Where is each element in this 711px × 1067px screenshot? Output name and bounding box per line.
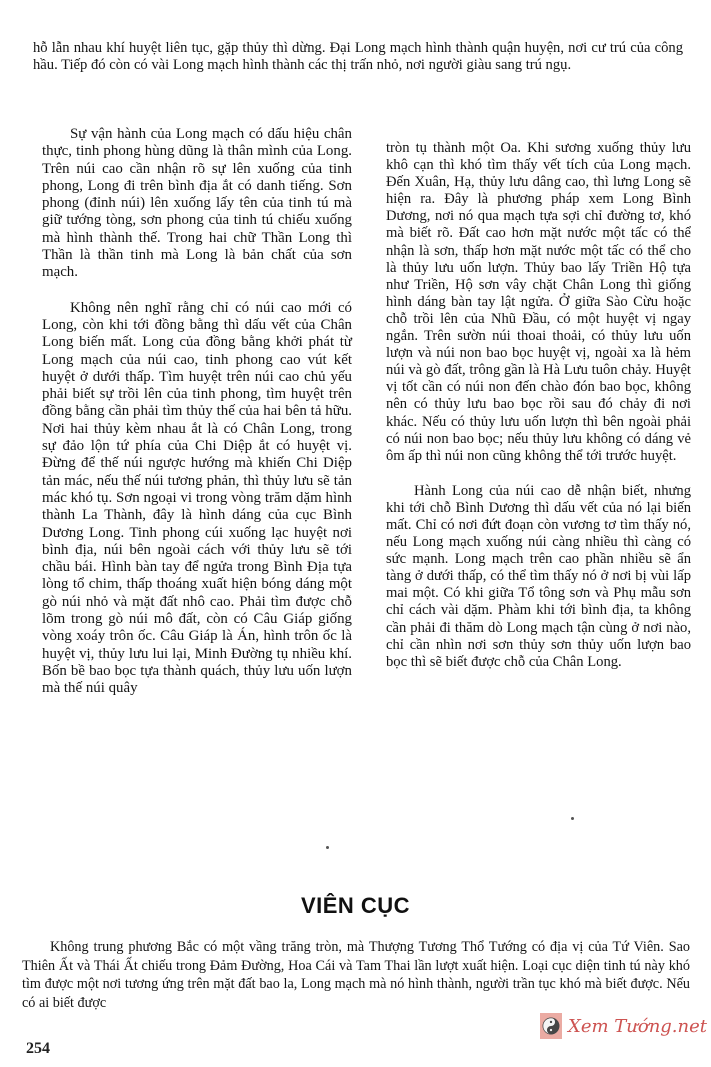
paragraph-text: Sự vận hành của Long mạch có dấu hiệu ch… <box>42 126 352 282</box>
paragraph-text: tròn tụ thành một Oa. Khi sương xuống th… <box>386 140 691 465</box>
section-body: Không trung phương Bắc có một vầng trăng… <box>22 938 690 1012</box>
paragraph-text: hỗ lẫn nhau khí huyệt liên tục, gặp thủy… <box>33 40 683 74</box>
scan-speck <box>326 846 329 849</box>
site-watermark: Xem Tướng.net <box>540 1011 707 1041</box>
paragraph-text: Hành Long của núi cao dễ nhận biết, nhưn… <box>386 483 691 671</box>
section-heading: VIÊN CỤC <box>0 893 711 919</box>
scan-speck <box>571 817 574 820</box>
right-column: tròn tụ thành một Oa. Khi sương xuống th… <box>386 140 691 671</box>
book-page: hỗ lẫn nhau khí huyệt liên tục, gặp thủy… <box>0 0 711 1067</box>
watermark-text: Xem Tướng.net <box>568 1016 707 1037</box>
paragraph-text: Không nên nghĩ rằng chỉ có núi cao mới c… <box>42 300 352 698</box>
page-number: 254 <box>26 1040 50 1058</box>
left-column: Sự vận hành của Long mạch có dấu hiệu ch… <box>42 126 352 698</box>
yin-yang-icon <box>540 1013 562 1039</box>
continued-paragraph: hỗ lẫn nhau khí huyệt liên tục, gặp thủy… <box>33 40 683 74</box>
paragraph-text: Không trung phương Bắc có một vầng trăng… <box>22 938 690 1012</box>
